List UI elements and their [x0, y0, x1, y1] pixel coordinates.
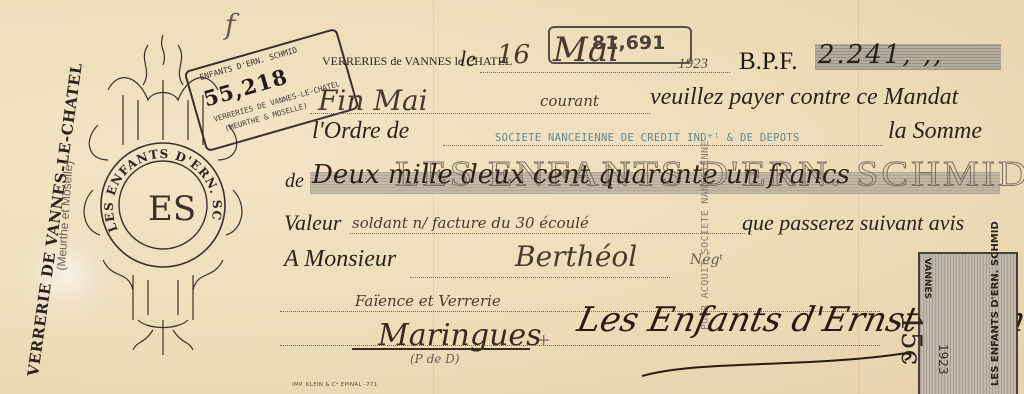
order-of-label: l'Ordre de: [312, 118, 409, 145]
bill-of-exchange: VERRERIE DE VANNES-LE-CHATEL (Meurthe et…: [0, 0, 1024, 394]
due-date-courant: courant: [540, 92, 599, 110]
drawee-department: (P de D): [410, 352, 459, 366]
value-label: Valeur: [284, 210, 341, 236]
sum-label: la Somme: [888, 118, 982, 145]
town-underline: [352, 348, 530, 350]
fiscal-stamp-side: VANNES: [922, 258, 932, 299]
fiscal-stamp-overprint: LES ENFANTS D'ERN. SCHMID: [990, 221, 1001, 386]
serial-number: 81,691: [592, 32, 665, 54]
printer-imprint: IMP. KLEIN & Cᵉ EPINAL -771: [292, 382, 378, 388]
place-of-issue: VERRERIES de VANNES le CHATEL: [322, 54, 512, 69]
payment-instruction: veuillez payer contre ce Mandat: [650, 84, 958, 111]
beneficiary-bank-stamp: SOCIETE NANCEIENNE DE CREDIT INDᵉˡ & DE …: [495, 132, 800, 144]
fiscal-stamp-year: 1923: [936, 344, 950, 375]
addressee-label: A Monsieur: [284, 246, 396, 273]
signature-flourish-icon: [640, 340, 920, 380]
serial-stamp: 81,691: [548, 26, 692, 64]
drawee-business: Faïence et Verrerie: [355, 292, 501, 310]
emblem-monogram: ES: [148, 189, 196, 229]
amount-value: 2.241, ,,: [818, 40, 944, 70]
date-prefix: le: [460, 46, 476, 72]
pencil-mark: f: [225, 8, 235, 41]
date-day: 16: [497, 40, 530, 70]
pencil-cross: +: [537, 330, 550, 349]
amount-in-words: Deux mille deux cent quarante un francs: [312, 160, 850, 190]
company-vertical-title: VERRERIE DE VANNES-LE-CHATEL: [24, 62, 86, 378]
advice-clause: que passerez suivant avis: [742, 210, 964, 236]
amount-words-prefix: de: [285, 170, 304, 193]
fiscal-stamp-value: 15c: [895, 314, 928, 365]
drawee-name: Berthéol: [515, 240, 637, 273]
drawee-title: Négᵗ: [690, 252, 723, 268]
amount-label: B.P.F.: [739, 48, 797, 76]
value-description: soldant n/ facture du 30 écoulé: [352, 214, 589, 232]
fiscal-stamp: LES ENFANTS D'ERN. SCHMID 15c 1923 VANNE…: [918, 252, 1018, 394]
